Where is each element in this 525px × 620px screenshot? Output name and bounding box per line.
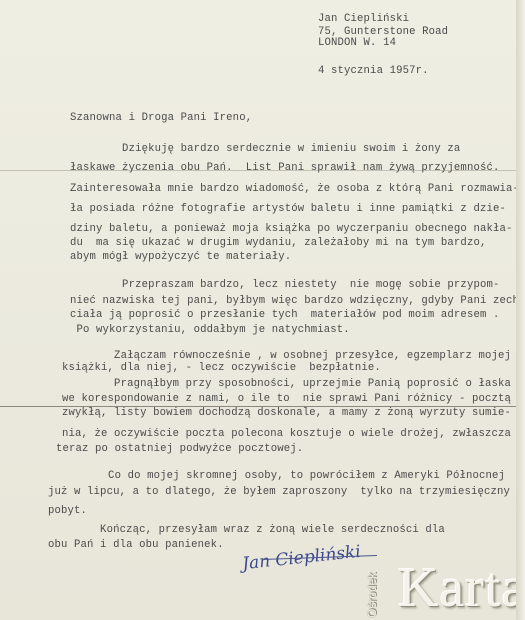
- watermark-logo: Karta: [398, 560, 525, 616]
- body-line: Pragnąłbym przy sposobności, uprzejmie P…: [62, 378, 511, 390]
- body-line: książki, dla niej, - lecz oczywiście bez…: [62, 362, 381, 374]
- letter-paper: Jan Ciepliński 75, Gunterstone Road LOND…: [0, 0, 516, 620]
- body-line: teraz po ostatniej podwyżce pocztowej.: [56, 443, 303, 455]
- body-line: Załączam równocześnie , w osobnej przesy…: [62, 350, 511, 362]
- body-line: Dziękuję bardzo serdecznie w imieniu swo…: [70, 143, 460, 155]
- body-line: Kończąc, przesyłam wraz z żoną wiele ser…: [48, 524, 445, 536]
- body-line: ła posiada różne fotografie artystów bal…: [70, 203, 506, 215]
- body-line: Po wykorzystaniu, oddałbym je natychmias…: [70, 324, 350, 336]
- watermark-small-text: Ośrodek: [365, 573, 379, 618]
- letter-date: 4 stycznia 1957r.: [318, 65, 429, 77]
- body-line: we korespondowanie z nami, o ile to nie …: [62, 393, 511, 405]
- body-line: zwykłą, listy bowiem dochodzą doskonale,…: [62, 407, 511, 419]
- body-line: nieć nazwiska tej pani, byłbym więc bard…: [70, 295, 525, 307]
- body-line: już w lipcu, a to dlatego, że byłem zapr…: [48, 486, 510, 498]
- sender-name: Jan Ciepliński: [318, 13, 409, 25]
- paper-edge: [516, 0, 525, 620]
- salutation: Szanowna i Droga Pani Ireno,: [70, 112, 252, 124]
- body-line: Przepraszam bardzo, lecz niestety nie mo…: [70, 279, 499, 291]
- sender-address-line2: LONDON W. 14: [318, 37, 396, 49]
- body-line: łaskawe życzenia obu Pań. List Pani spra…: [70, 162, 499, 174]
- body-line: Co do mojej skromnej osoby, to powróciłe…: [56, 470, 505, 482]
- body-line: ciała ją poprosić o przesłanie tych mate…: [70, 309, 499, 321]
- body-line: obu Pań i dla obu panienek.: [48, 539, 224, 551]
- body-line: abym mógł wypożyczyć te materiały.: [70, 251, 291, 263]
- body-line: du ma się ukazać w drugim wydaniu, zależ…: [70, 237, 486, 249]
- body-line: nia, że oczywiście poczta polecona koszt…: [62, 428, 511, 440]
- body-line: dziny baletu, a ponieważ moja książka po…: [70, 223, 513, 235]
- body-line: Zainteresowała mnie bardzo wiadomość, że…: [70, 183, 519, 195]
- body-line: pobyt.: [48, 505, 87, 517]
